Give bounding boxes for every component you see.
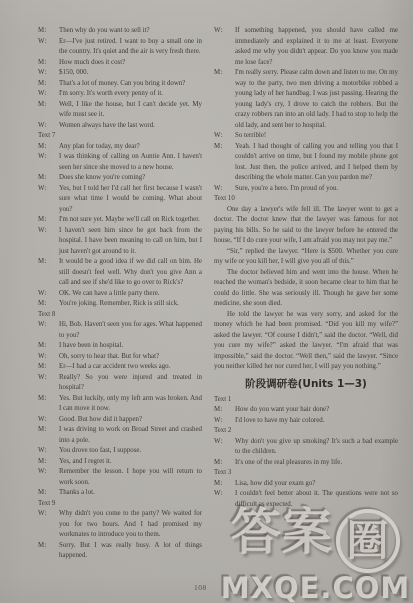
watermark-circled-char: 圈 (336, 509, 400, 573)
dialogue-line: M:I'm really sorry. Please calm down and… (214, 68, 398, 131)
speaker-label: M: (38, 100, 47, 111)
dialogue-line: W:OK. We can have a little party there. (38, 289, 202, 300)
speaker-label: W: (38, 289, 47, 300)
dialogue-line: W:Hi, Bob. Haven't seen you for ages. Wh… (38, 320, 202, 341)
dialogue-line: M:I was driving to work on Broad Street … (38, 425, 202, 446)
dialogue-line: W:I haven't seen him since he got back f… (38, 226, 202, 258)
text-section-label: Text 8 (38, 310, 202, 321)
story-paragraph: “Sir,” replied the lawyer. “Here is $500… (214, 247, 398, 268)
speaker-label: W: (38, 415, 47, 426)
speaker-label: M: (38, 541, 47, 552)
dialogue-line: W:Oh, sorry to hear that. But for what? (38, 352, 202, 363)
speaker-label: M: (38, 215, 47, 226)
speaker-label: M: (38, 394, 47, 405)
dialogue-line: M:Sorry. But I was really busy. A lot of… (38, 541, 202, 562)
dialogue-line: M:Well, I like the house, but I can't de… (38, 100, 202, 121)
dialogue-line: W:Yes, but I told her I'd call her first… (38, 184, 202, 216)
speaker-label: M: (38, 299, 47, 310)
dialogue-line: M:Then why do you want to sell it? (38, 26, 202, 37)
text-section-label: Text 1 (214, 395, 398, 406)
dialogue-line: W:Good. But how did it happen? (38, 415, 202, 426)
dialogue-line: W:If something happened, you should have… (214, 26, 398, 68)
speaker-label: M: (38, 341, 47, 352)
speaker-label: W: (38, 121, 47, 132)
speaker-label: W: (214, 437, 223, 448)
dialogue-line: W:Er—I've just retired. I want to buy a … (38, 37, 202, 58)
dialogue-line: W:Why don't you give up smoking? It's su… (214, 437, 398, 458)
speaker-label: M: (214, 142, 223, 153)
dialogue-line: M:I'm not sure yet. Maybe we'll call on … (38, 215, 202, 226)
story-paragraph: One day a lawyer's wife fell ill. The la… (214, 205, 398, 247)
dialogue-line: W:So terrible! (214, 131, 398, 142)
dialogue-line: M:I have been in hospital. (38, 341, 202, 352)
scanned-textbook-page: { "page": { "number": "108", "watermark"… (0, 0, 413, 603)
speaker-label: M: (38, 142, 47, 153)
section-heading: 阶段调研卷(Units 1—3) (214, 378, 398, 391)
dialogue-line: W:I couldn't feel better about it. The q… (214, 489, 398, 510)
speaker-label: M: (214, 479, 223, 490)
speaker-label: W: (38, 467, 47, 478)
dialogue-line: M:You're joking. Remember, Rick is still… (38, 299, 202, 310)
dialogue-line: M:Thanks a lot. (38, 488, 202, 499)
dialogue-line: W:$150, 000. (38, 68, 202, 79)
speaker-label: W: (214, 131, 223, 142)
speaker-label: W: (214, 416, 223, 427)
dialogue-line: W:Remember the lesson. I hope you will r… (38, 467, 202, 488)
watermark: 答案圈 MXQE.COM (218, 502, 413, 603)
speaker-label: M: (38, 26, 47, 37)
speaker-label: M: (214, 458, 223, 469)
speaker-label: M: (38, 425, 47, 436)
speaker-label: W: (38, 37, 47, 48)
speaker-label: W: (38, 89, 47, 100)
dialogue-line: W:You drove too fast, I suppose. (38, 446, 202, 457)
story-paragraph: The doctor believed him and went into th… (214, 268, 398, 310)
speaker-label: W: (38, 352, 47, 363)
dialogue-line: M:Any plan for today, my dear? (38, 142, 202, 153)
speaker-label: M: (38, 257, 47, 268)
speaker-label: M: (38, 362, 47, 373)
text-section-label: Text 2 (214, 426, 398, 437)
watermark-chars: 答案 (231, 503, 333, 561)
dialogue-line: M:That's a lot of money. Can you bring i… (38, 79, 202, 90)
story-paragraph: He told the lawyer he was very sorry, an… (214, 310, 398, 373)
speaker-label: M: (38, 79, 47, 90)
dialogue-line: W:Women always have the last word. (38, 121, 202, 132)
dialogue-line: M:Er—I had a car accident two weeks ago. (38, 362, 202, 373)
speaker-label: M: (38, 457, 47, 468)
speaker-label: M: (214, 405, 223, 416)
right-column: W:If something happened, you should have… (214, 26, 398, 510)
speaker-label: W: (38, 446, 47, 457)
dialogue-line: W:Sure, you're a hero. I'm proud of you. (214, 184, 398, 195)
left-column: M:Then why do you want to sell it?W:Er—I… (38, 26, 202, 562)
speaker-label: W: (38, 509, 47, 520)
speaker-label: M: (38, 488, 47, 499)
dialogue-line: M:Does she know you're coming? (38, 173, 202, 184)
speaker-label: W: (38, 373, 47, 384)
speaker-label: W: (214, 184, 223, 195)
watermark-brand: MXQE.COM (218, 573, 413, 603)
dialogue-line: M:How much does it cost? (38, 58, 202, 69)
dialogue-line: W:Why didn't you come to the party? We w… (38, 509, 202, 541)
dialogue-line: M:It would be a good idea if we did call… (38, 257, 202, 289)
speaker-label: W: (38, 184, 47, 195)
speaker-label: M: (38, 58, 47, 69)
page-number: 108 (194, 583, 207, 592)
speaker-label: W: (38, 152, 47, 163)
text-section-label: Text 10 (214, 194, 398, 205)
text-section-label: Text 9 (38, 499, 202, 510)
dialogue-line: M:It's one of the real pleasures in my l… (214, 458, 398, 469)
speaker-label: W: (38, 320, 47, 331)
text-section-label: Text 3 (214, 468, 398, 479)
dialogue-line: W:I'd love to have my hair colored. (214, 416, 398, 427)
speaker-label: M: (214, 68, 223, 79)
speaker-label: M: (38, 173, 47, 184)
speaker-label: W: (214, 489, 223, 500)
dialogue-line: M:How do you want your hair done? (214, 405, 398, 416)
speaker-label: W: (38, 226, 47, 237)
dialogue-line: W:Really? So you were injured and treate… (38, 373, 202, 394)
dialogue-line: W:I'm sorry. It's worth every penny of i… (38, 89, 202, 100)
dialogue-line: M:Yes, and I regret it. (38, 457, 202, 468)
speaker-label: W: (214, 26, 223, 37)
dialogue-line: M:Lisa, how did your exam go? (214, 479, 398, 490)
text-section-label: Text 7 (38, 131, 202, 142)
watermark-text: 答案圈 (218, 502, 413, 573)
dialogue-line: M:Yes. But luckily, only my left arm was… (38, 394, 202, 415)
speaker-label: W: (38, 68, 47, 79)
dialogue-line: M:Yeah. I had thought of calling you and… (214, 142, 398, 184)
dialogue-line: W:I was thinking of calling on Auntie An… (38, 152, 202, 173)
